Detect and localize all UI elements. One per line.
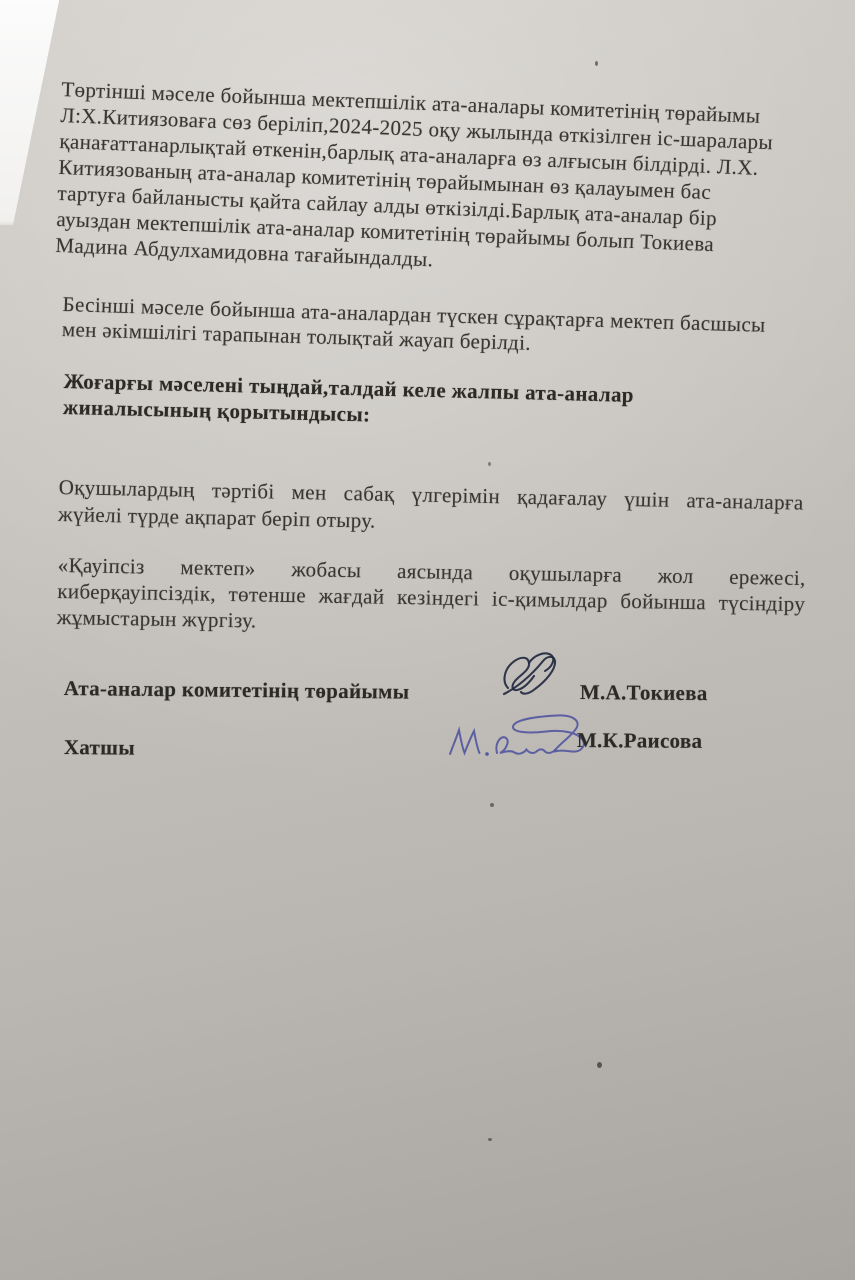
paragraph-conclusion-second: «Қауіпсіз мектеп» жобасы аясында оқушыла… xyxy=(57,552,806,643)
dust-speck xyxy=(488,462,491,466)
tokieva-signature-ink xyxy=(496,648,562,700)
raisova-signature-ink xyxy=(443,705,593,769)
dust-speck xyxy=(490,803,494,807)
signature-role-chairwoman: Ата-аналар комитетінің төрайымы xyxy=(64,676,410,705)
paragraph-fifth-issue: Бесінші мәселе бойынша ата-аналардан түс… xyxy=(62,292,805,364)
dust-speck xyxy=(488,1138,492,1141)
paragraph-conclusion-first: Оқушылардың тәртібі мен сабақ үлгерімін … xyxy=(58,474,804,544)
dust-speck xyxy=(595,61,598,66)
conclusion-heading: Жоғарғы мәселені тыңдай,талдай келе жалп… xyxy=(63,369,764,437)
signature-name-raisova: М.К.Раисова xyxy=(577,728,703,754)
paragraph-fourth-issue: Төртінші мәселе бойынша мектепшілік ата-… xyxy=(55,76,803,286)
signature-role-secretary: Хатшы xyxy=(64,735,135,761)
scanned-document-page: Төртінші мәселе бойынша мектепшілік ата-… xyxy=(0,0,855,1280)
signature-name-tokieva: М.А.Токиева xyxy=(580,680,708,706)
dust-speck xyxy=(597,1062,602,1068)
